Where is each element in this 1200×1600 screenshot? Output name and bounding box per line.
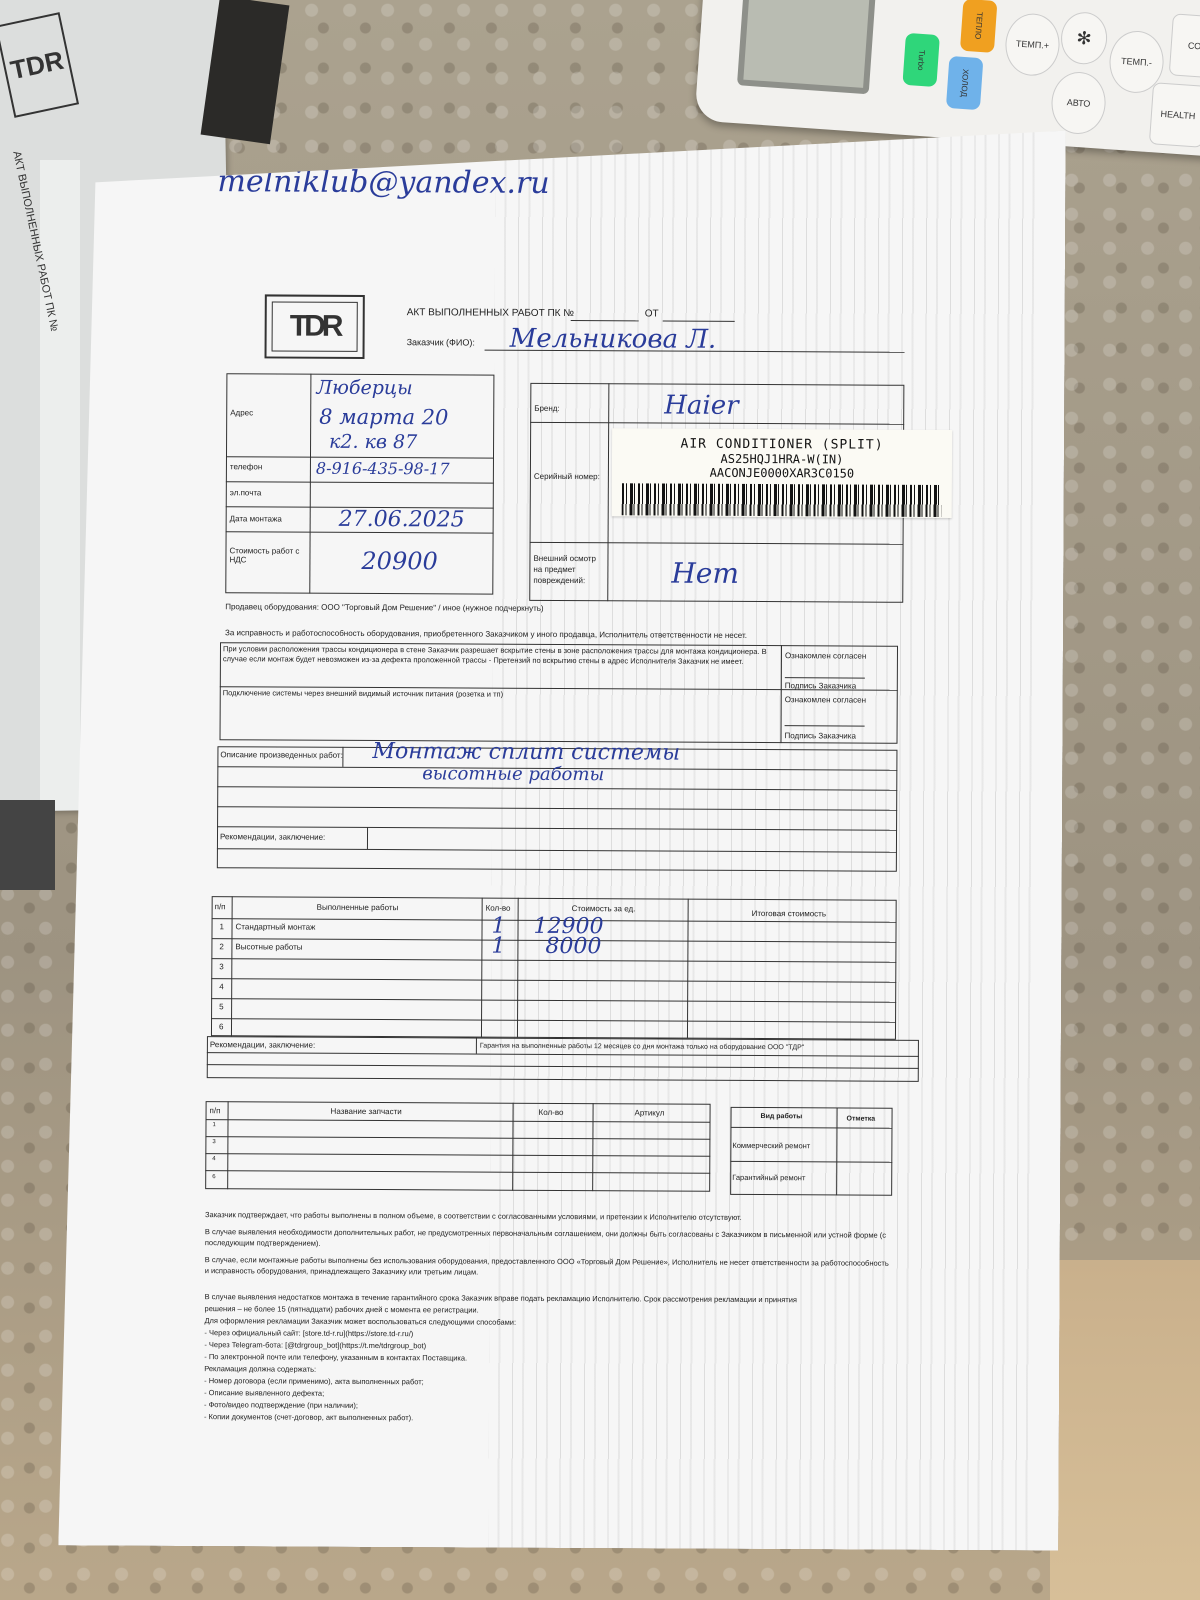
description-line-1: Монтаж сплит системы (372, 739, 680, 766)
remote-button-health[interactable]: HEALTH (1149, 82, 1200, 148)
works-row-1-name: Стандартный монтаж (236, 922, 316, 931)
remote-button-cool[interactable]: ХОЛОД (946, 56, 984, 110)
company-logo: TDR (265, 294, 365, 359)
claims-line-2: решения – не более 15 (пятнадцати) рабоч… (205, 1304, 479, 1314)
address-line-1: Люберцы (316, 377, 412, 400)
damage-inspection-label: Внешний осмотр на предмет повреждений: (533, 553, 605, 586)
claims-line-8: - Номер договора (если применимо), акта … (204, 1376, 424, 1386)
remote-button-turbo[interactable]: Turbo (902, 33, 940, 87)
remote-button-temp-plus[interactable]: ТЕМП.+ (1003, 12, 1061, 78)
table-divider (476, 1038, 477, 1054)
brand-value: Haier (664, 391, 738, 421)
consent-agree-2: Ознакомлен согласен (785, 695, 866, 704)
description-label: Описание произведенных работ: (220, 750, 342, 760)
works-header-price: Стоимость за ед. (572, 904, 636, 913)
email-label: эл.почта (230, 488, 262, 497)
works-row-4-number: 4 (219, 982, 224, 991)
floor-background (1050, 1260, 1200, 1600)
responsibility-line: За исправность и работоспособность обору… (225, 628, 747, 640)
address-label: Адрес (230, 408, 253, 417)
background-paper-edge (40, 160, 80, 810)
works-row-2-name: Высотные работы (235, 942, 302, 951)
signature-label-2: Подпись Заказчика (785, 731, 856, 740)
recommendations-label: Рекомендации, заключение: (220, 832, 325, 842)
brand-label: Бренд: (534, 404, 560, 413)
sticker-serial: AACONJE0000XAR3C0150 (612, 465, 952, 481)
works-recommendations-label: Рекомендации, заключение: (210, 1040, 315, 1050)
sticker-product-type: AIR CONDITIONER (SPLIT) (612, 436, 952, 453)
commercial-repair-checkbox[interactable] (838, 1129, 890, 1159)
works-header-total: Итоговая стоимость (752, 909, 826, 918)
customer-label: Заказчик (ФИО): (407, 337, 475, 347)
parts-header-name: Название запчасти (331, 1107, 402, 1116)
signature-label-1: Подпись Заказчика (785, 681, 856, 690)
claims-line-1: В случае выявления недостатков монтажа в… (205, 1292, 797, 1304)
serial-number-label: Серийный номер: (534, 472, 604, 481)
install-date-value: 27.06.2025 (339, 507, 465, 533)
act-title: АКТ ВЫПОЛНЕННЫХ РАБОТ ПК № (407, 307, 574, 319)
works-row-2-price: 8000 (545, 934, 601, 959)
claims-line-10: - Фото/видео подтверждение (при наличии)… (204, 1400, 358, 1410)
phone-label: телефон (230, 462, 262, 471)
works-header-qty: Кол-во (486, 904, 511, 913)
remote-button-heat[interactable]: ТЕПЛО (960, 0, 998, 53)
claims-line-7: Рекламация должна содержать: (204, 1364, 316, 1374)
claims-line-9: - Описание выявленного дефекта; (204, 1388, 324, 1398)
parts-row-number: 6 (212, 1174, 215, 1180)
barcode-icon (622, 483, 942, 517)
works-row-2-qty: 1 (491, 934, 505, 959)
works-header-number: п/п (215, 902, 226, 911)
parts-row-number: 1 (212, 1122, 215, 1128)
seller-line: Продавец оборудования: ООО "Торговый Дом… (225, 602, 543, 613)
works-row-1-number: 1 (220, 922, 225, 931)
parts-row-number: 4 (212, 1156, 215, 1162)
confirmation-paragraph: Заказчик подтверждает, что работы выполн… (205, 1210, 742, 1222)
parts-header-number: п/п (210, 1106, 221, 1115)
claims-telegram-link[interactable]: - Через Telegram-бота: [@tdrgroup_bot](h… (204, 1340, 426, 1350)
remote-button-auto[interactable]: АВТО (1049, 70, 1107, 136)
install-date-label: Дата монтажа (230, 514, 282, 523)
claims-line-3: Для оформления рекламации Заказчик может… (204, 1316, 516, 1327)
work-type-header: Вид работы (761, 1113, 803, 1120)
background-binder (0, 800, 55, 890)
claims-line-11: - Копии документов (счет-договор, акт вы… (204, 1412, 413, 1422)
works-row-2-number: 2 (219, 942, 224, 951)
total-cost-value: 20900 (361, 547, 438, 575)
wall-opening-consent-text: При условии расположения трассы кондицио… (223, 644, 775, 667)
fan-icon[interactable]: ✻ (1059, 11, 1109, 66)
serial-sticker: AIR CONDITIONER (SPLIT) AS25HQJ1HRA-W(IN… (612, 428, 952, 518)
remote-lcd-display (737, 0, 877, 94)
mark-header: Отметка (847, 1115, 876, 1122)
remote-button-sleep[interactable]: СОН (1169, 13, 1200, 79)
damage-inspection-value: Нет (671, 557, 739, 590)
claims-line-6: - По электронной почте или телефону, ука… (204, 1352, 467, 1362)
works-row-3-number: 3 (219, 962, 224, 971)
third-party-equipment-paragraph: В случае, если монтажные работы выполнен… (205, 1254, 895, 1280)
phone-value: 8-916-435-98-17 (316, 459, 450, 479)
works-row-5-number: 5 (219, 1002, 224, 1011)
parts-header-qty: Кол-во (539, 1108, 564, 1117)
description-line-2: высотные работы (422, 763, 604, 785)
work-completion-act: melniklub@yandex.ru TDR АКТ ВЫПОЛНЕННЫХ … (58, 125, 1065, 1550)
consent-agree-1: Ознакомлен согласен (785, 651, 866, 660)
from-label: ОТ (645, 308, 659, 319)
claims-website-link[interactable]: - Через официальный сайт: [store.td-r.ru… (204, 1328, 413, 1338)
works-row-6-number: 6 (219, 1022, 224, 1031)
warranty-repair-checkbox[interactable] (838, 1163, 890, 1193)
power-source-consent-text: Подключение системы через внешний видимы… (223, 688, 503, 698)
works-header-name: Выполненные работы (317, 903, 399, 912)
total-cost-label: Стоимость работ с НДС (229, 546, 305, 564)
parts-row-number: 3 (212, 1139, 215, 1145)
additional-works-paragraph: В случае выявления необходимости дополни… (205, 1226, 895, 1252)
address-line-3: к2. кв 87 (329, 431, 417, 453)
commercial-repair-label: Коммерческий ремонт (732, 1141, 810, 1150)
parts-header-article: Артикул (635, 1108, 665, 1117)
warranty-repair-label: Гарантийный ремонт (732, 1173, 805, 1182)
address-line-2: 8 марта 20 (319, 405, 448, 430)
table-divider (367, 827, 368, 849)
